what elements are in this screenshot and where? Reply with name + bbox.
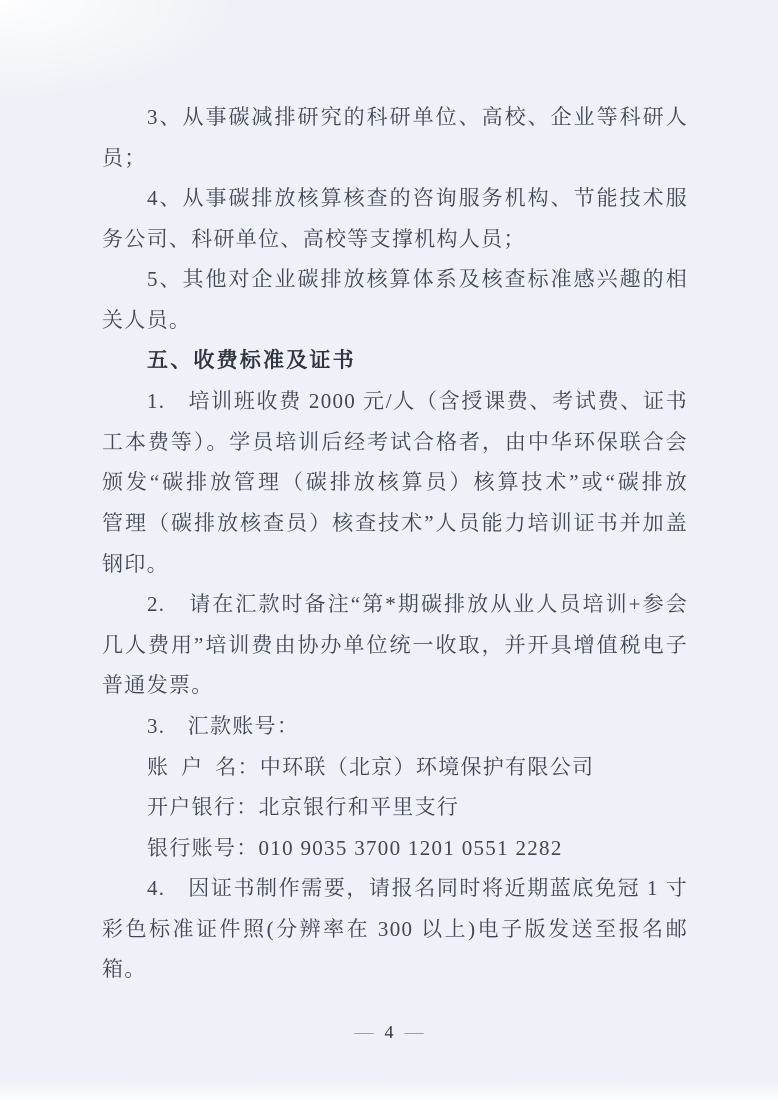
- text-line: 2. 请在汇款时备注“第*期碳排放从业人员培训+参会: [102, 584, 688, 625]
- document-body: 3、从事碳减排研究的科研单位、高校、企业等科研人员；4、从事碳排放核算核查的咨询…: [102, 97, 688, 990]
- text-line: 彩色标准证件照(分辨率在 300 以上)电子版发送至报名邮: [102, 909, 688, 950]
- text-line: 钢印。: [102, 544, 688, 585]
- text-line: 5、其他对企业碳排放核算体系及核查标准感兴趣的相: [102, 259, 688, 300]
- text-line: 管理（碳排放核查员）核查技术”人员能力培训证书并加盖: [102, 503, 688, 544]
- text-line: 关人员。: [102, 300, 688, 341]
- text-line: 3、从事碳减排研究的科研单位、高校、企业等科研人: [102, 97, 688, 138]
- text-line: 工本费等）。学员培训后经考试合格者，由中华环保联合会: [102, 422, 688, 463]
- text-line: 员；: [102, 138, 688, 179]
- text-line: 颁发“碳排放管理（碳排放核算员）核算技术”或“碳排放: [102, 462, 688, 503]
- text-line: 务公司、科研单位、高校等支撑机构人员；: [102, 219, 688, 260]
- text-lines: 3、从事碳减排研究的科研单位、高校、企业等科研人员；4、从事碳排放核算核查的咨询…: [102, 97, 688, 990]
- text-line: 普通发票。: [102, 665, 688, 706]
- section-heading: 五、收费标准及证书: [102, 341, 688, 382]
- document-page: 3、从事碳减排研究的科研单位、高校、企业等科研人员；4、从事碳排放核算核查的咨询…: [0, 0, 778, 1100]
- text-line: 开户银行：北京银行和平里支行: [102, 787, 688, 828]
- text-line: 几人费用”培训费由协办单位统一收取，并开具增值税电子: [102, 625, 688, 666]
- page-number: 4: [385, 1022, 394, 1042]
- text-line: 账 户 名：中环联（北京）环境保护有限公司: [102, 747, 688, 788]
- scan-artifact-topleft: [0, 0, 240, 100]
- text-line: 4. 因证书制作需要，请报名同时将近期蓝底免冠 1 寸: [102, 868, 688, 909]
- text-line: 1. 培训班收费 2000 元/人（含授课费、考试费、证书: [102, 381, 688, 422]
- page-footer: —4—: [0, 1017, 778, 1048]
- text-line: 银行账号：010 9035 3700 1201 0551 2282: [102, 828, 688, 869]
- text-line: 4、从事碳排放核算核查的咨询服务机构、节能技术服: [102, 178, 688, 219]
- footer-dash-left: —: [355, 1022, 374, 1043]
- text-line: 箱。: [102, 949, 688, 990]
- text-line: 3. 汇款账号：: [102, 706, 688, 747]
- footer-dash-right: —: [405, 1022, 424, 1043]
- scan-artifact-bottom: [0, 1080, 778, 1100]
